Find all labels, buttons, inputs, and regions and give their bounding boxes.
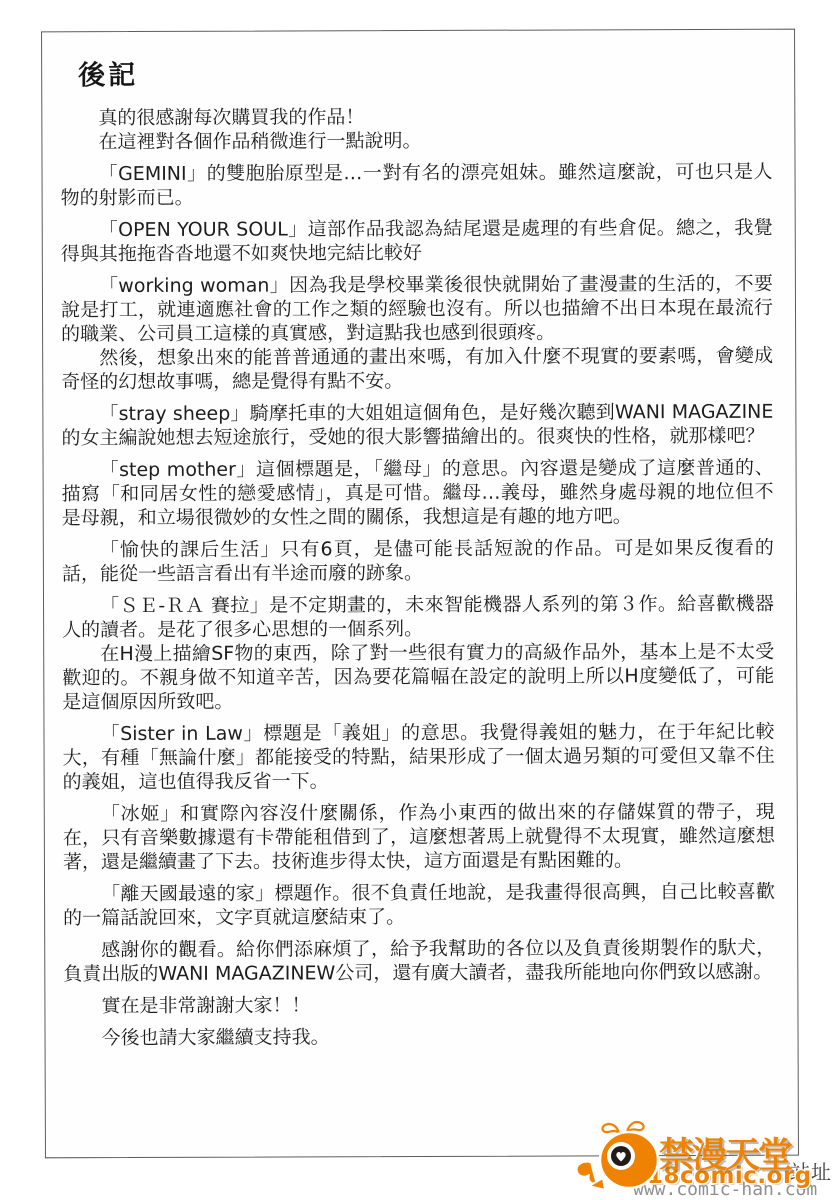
page-title: 後記 bbox=[78, 51, 772, 92]
afterword-paragraph: 實在是非常謝謝大家！！ bbox=[63, 992, 775, 1018]
afterword-paragraph: 「愉快的課后生活」只有6頁，是儘可能長話短說的作品。可是如果反復看的話，能從一些… bbox=[62, 536, 774, 586]
afterword-paragraph: 在H漫上描繪SF物的東西，除了對一些很有實力的高級作品外，基本上是不太受歡迎的。… bbox=[62, 640, 774, 714]
watermark: 禁漫天堂 站址 18comic.org www.comic-han.com bbox=[575, 1112, 838, 1200]
afterword-paragraph: 「ＳＥ-ＲＡ 賽拉」是不定期畫的，未來智能機器人系列的第３作。給喜歡機器人的讀者… bbox=[62, 592, 774, 642]
page-border-frame: 後記 真的很感謝每次購買我的作品！在這裡對各個作品稍微進行一點說明。「GEMIN… bbox=[41, 29, 799, 1159]
afterword-paragraph: 「GEMINI」的雙胞胎原型是…一對有名的漂亮姐妹。雖然這麼說，可也只是人物的射… bbox=[60, 160, 772, 210]
afterword-paragraph: 今後也請大家繼續支持我。 bbox=[64, 1024, 776, 1050]
jmcomic-mascot-icon bbox=[575, 1118, 667, 1200]
scanned-manga-afterword-page: 後記 真的很感謝每次購買我的作品！在這裡對各個作品稍微進行一點說明。「GEMIN… bbox=[0, 0, 838, 1200]
afterword-paragraph: 「working woman」因為我是學校畢業後很快就開始了畫漫畫的生活的，不要… bbox=[61, 272, 773, 346]
afterword-text: 真的很感謝每次購買我的作品！在這裡對各個作品稍微進行一點說明。「GEMINI」的… bbox=[60, 104, 775, 1050]
afterword-paragraph: 「離天國最遠的家」標題作。很不負責任地說，是我畫得很高興，自己比較喜歡的一篇話說… bbox=[63, 880, 775, 930]
afterword-paragraph: 真的很感謝每次購買我的作品！ bbox=[60, 104, 772, 130]
afterword-paragraph: 感謝你的觀看。給你們添麻煩了，給予我幫助的各位以及負責後期製作的馱犬，負責出版的… bbox=[63, 936, 775, 986]
afterword-paragraph: 「stray sheep」騎摩托車的大姐姐這個角色，是好幾次聽到WANI MAG… bbox=[61, 400, 773, 450]
afterword-paragraph: 「Sister in Law」標題是「義姐」的意思。我覺得義姐的魅力，在于年紀比… bbox=[62, 720, 774, 794]
afterword-paragraph: 然後，想象出來的能普普通通的畫出來嗎，有加入什麼不現實的要素嗎，會變成奇怪的幻想… bbox=[61, 344, 773, 394]
afterword-paragraph: 在這裡對各個作品稍微進行一點說明。 bbox=[60, 128, 772, 154]
afterword-paragraph: 「step mother」這個標題是，「繼母」的意思。內容還是變成了這麼普通的、… bbox=[62, 456, 774, 530]
afterword-paragraph: 「冰姬」和實際內容沒什麼關係，作為小東西的做出來的存儲媒質的帶子，現在，只有音樂… bbox=[63, 800, 775, 874]
watermark-site-name: 禁漫天堂 bbox=[659, 1128, 791, 1178]
afterword-paragraph: 「OPEN YOUR SOUL」這部作品我認為結尾還是處理的有些倉促。總之，我覺… bbox=[61, 216, 773, 266]
